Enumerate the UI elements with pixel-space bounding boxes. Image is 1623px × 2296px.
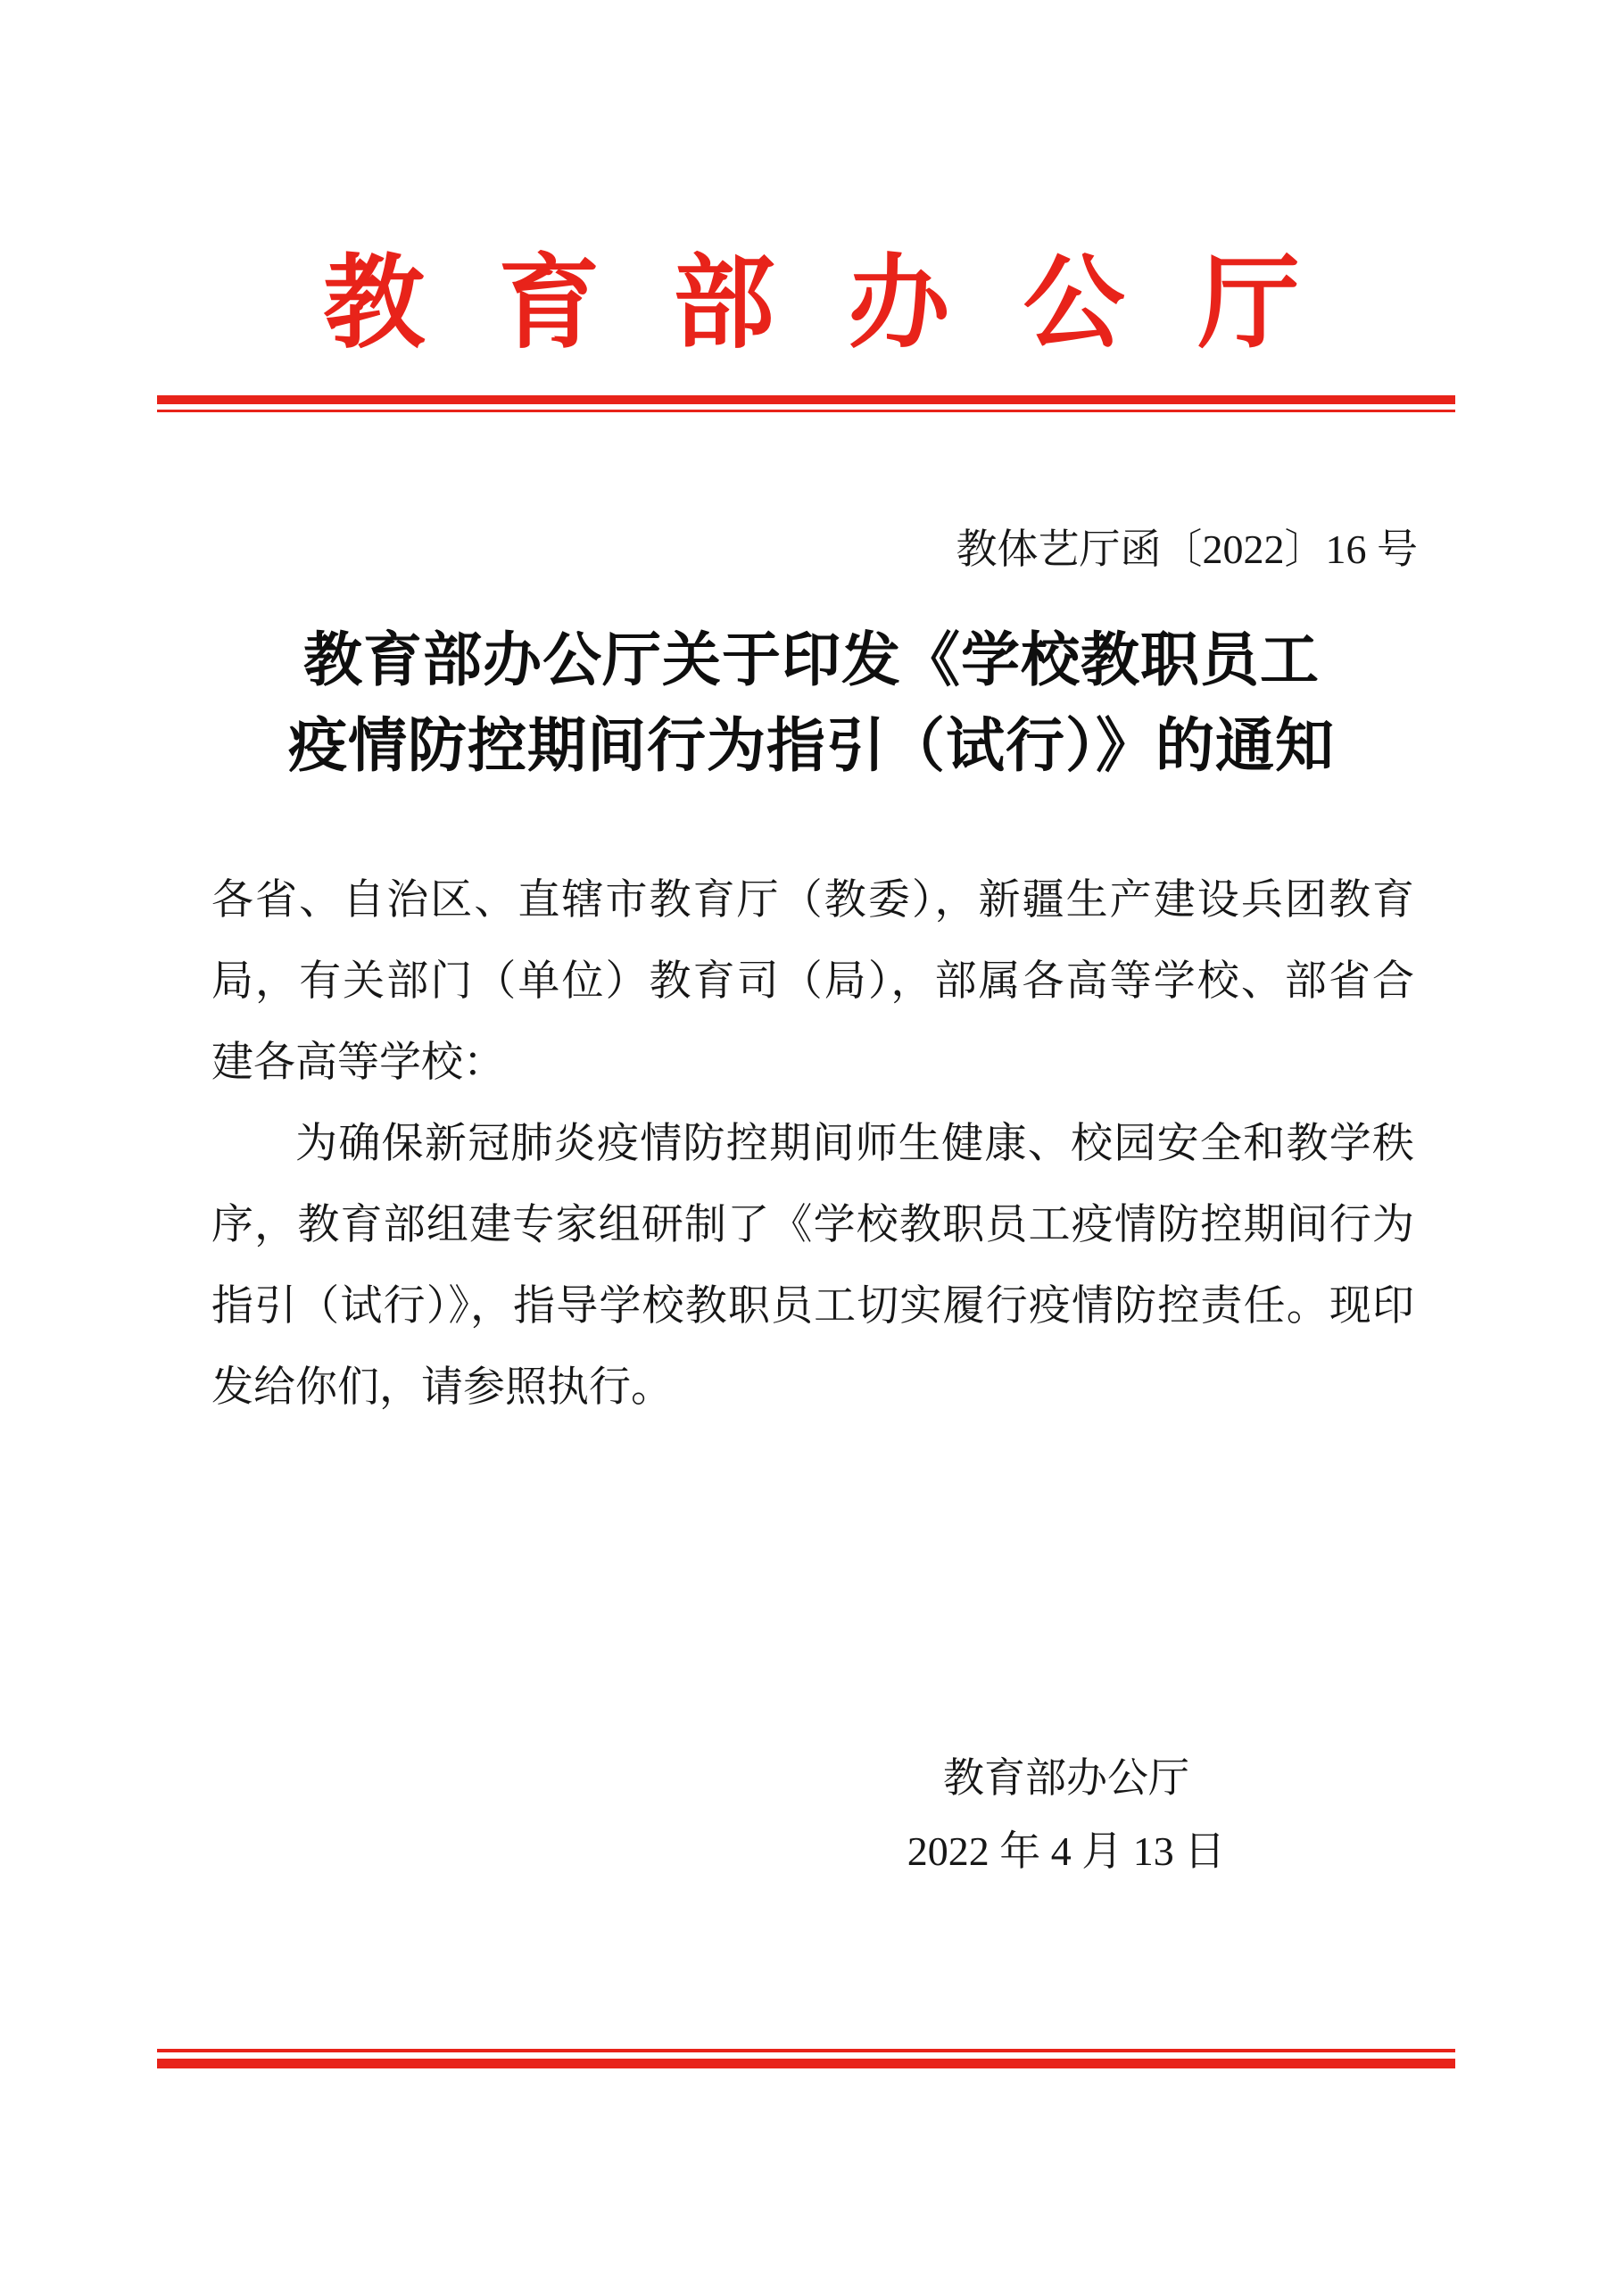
- document-number: 教体艺厅函〔2022〕16 号: [956, 523, 1419, 576]
- sign-date: 2022 年 4 月 13 日: [816, 1815, 1316, 1888]
- footer-rule-thick: [157, 2059, 1455, 2068]
- body-line: 建各高等学校：: [211, 1023, 1414, 1104]
- header-rule-thin: [157, 410, 1455, 412]
- notice-body: 各省、自治区、直辖市教育厅（教委），新疆生产建设兵团教育局，有关部门（单位）教育…: [211, 860, 1414, 1429]
- notice-title-line-2: 疫情防控期间行为指引（试行）》的通知: [0, 704, 1623, 790]
- signature-block: 教育部办公厅 2022 年 4 月 13 日: [816, 1742, 1316, 1888]
- body-line: 为确保新冠肺炎疫情防控期间师生健康、校园安全和教学秩: [211, 1104, 1414, 1185]
- header-rule-thick: [157, 395, 1455, 404]
- signer-name: 教育部办公厅: [816, 1742, 1316, 1815]
- body-line: 序，教育部组建专家组研制了《学校教职员工疫情防控期间行为: [211, 1185, 1414, 1266]
- footer-rule-thin: [157, 2049, 1455, 2052]
- notice-title: 教育部办公厅关于印发《学校教职员工 疫情防控期间行为指引（试行）》的通知: [0, 618, 1623, 790]
- body-line: 各省、自治区、直辖市教育厅（教委），新疆生产建设兵团教育: [211, 860, 1414, 941]
- body-line: 指引（试行）》，指导学校教职员工切实履行疫情防控责任。现印: [211, 1266, 1414, 1347]
- document-page: 教育部办公厅 教体艺厅函〔2022〕16 号 教育部办公厅关于印发《学校教职员工…: [0, 0, 1623, 2296]
- body-line: 发给你们，请参照执行。: [211, 1347, 1414, 1429]
- body-line: 局，有关部门（单位）教育司（局），部属各高等学校、部省合: [211, 941, 1414, 1023]
- main-paragraph: 为确保新冠肺炎疫情防控期间师生健康、校园安全和教学秩序，教育部组建专家组研制了《…: [211, 1104, 1414, 1429]
- notice-title-line-1: 教育部办公厅关于印发《学校教职员工: [0, 618, 1623, 704]
- agency-letterhead-title: 教育部办公厅: [0, 221, 1623, 368]
- recipients-paragraph: 各省、自治区、直辖市教育厅（教委），新疆生产建设兵团教育局，有关部门（单位）教育…: [211, 860, 1414, 1104]
